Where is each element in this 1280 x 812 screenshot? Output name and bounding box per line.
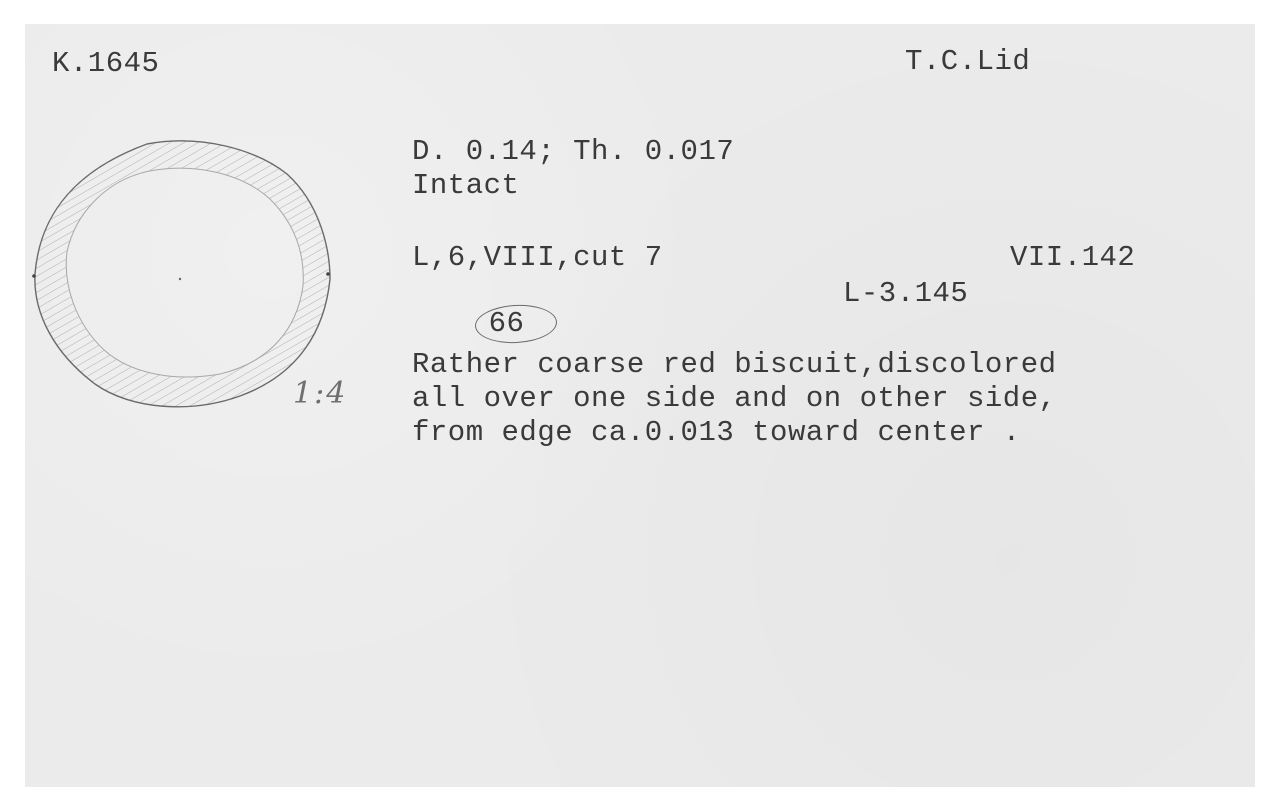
catalog-card: K.1645 T.C.Lid D. 0.14; Th. 0.017 Intact…: [25, 24, 1255, 787]
negative-reference: L-3.145: [843, 278, 968, 310]
object-type: T.C.Lid: [905, 46, 1030, 78]
description-line-1: Rather coarse red biscuit,discolored: [412, 349, 1057, 381]
condition: Intact: [412, 170, 519, 202]
description-line-3: from edge ca.0.013 toward center .: [412, 417, 1021, 449]
description-line-2: all over one side and on other side,: [412, 383, 1057, 415]
notebook-reference: VII.142: [1010, 242, 1135, 274]
findspot: L,6,VIII,cut 7: [412, 242, 663, 274]
sketch-scale-note: 1:4: [293, 376, 347, 411]
dimensions: D. 0.14; Th. 0.017: [412, 136, 734, 168]
circled-number-text: 66: [489, 308, 525, 340]
